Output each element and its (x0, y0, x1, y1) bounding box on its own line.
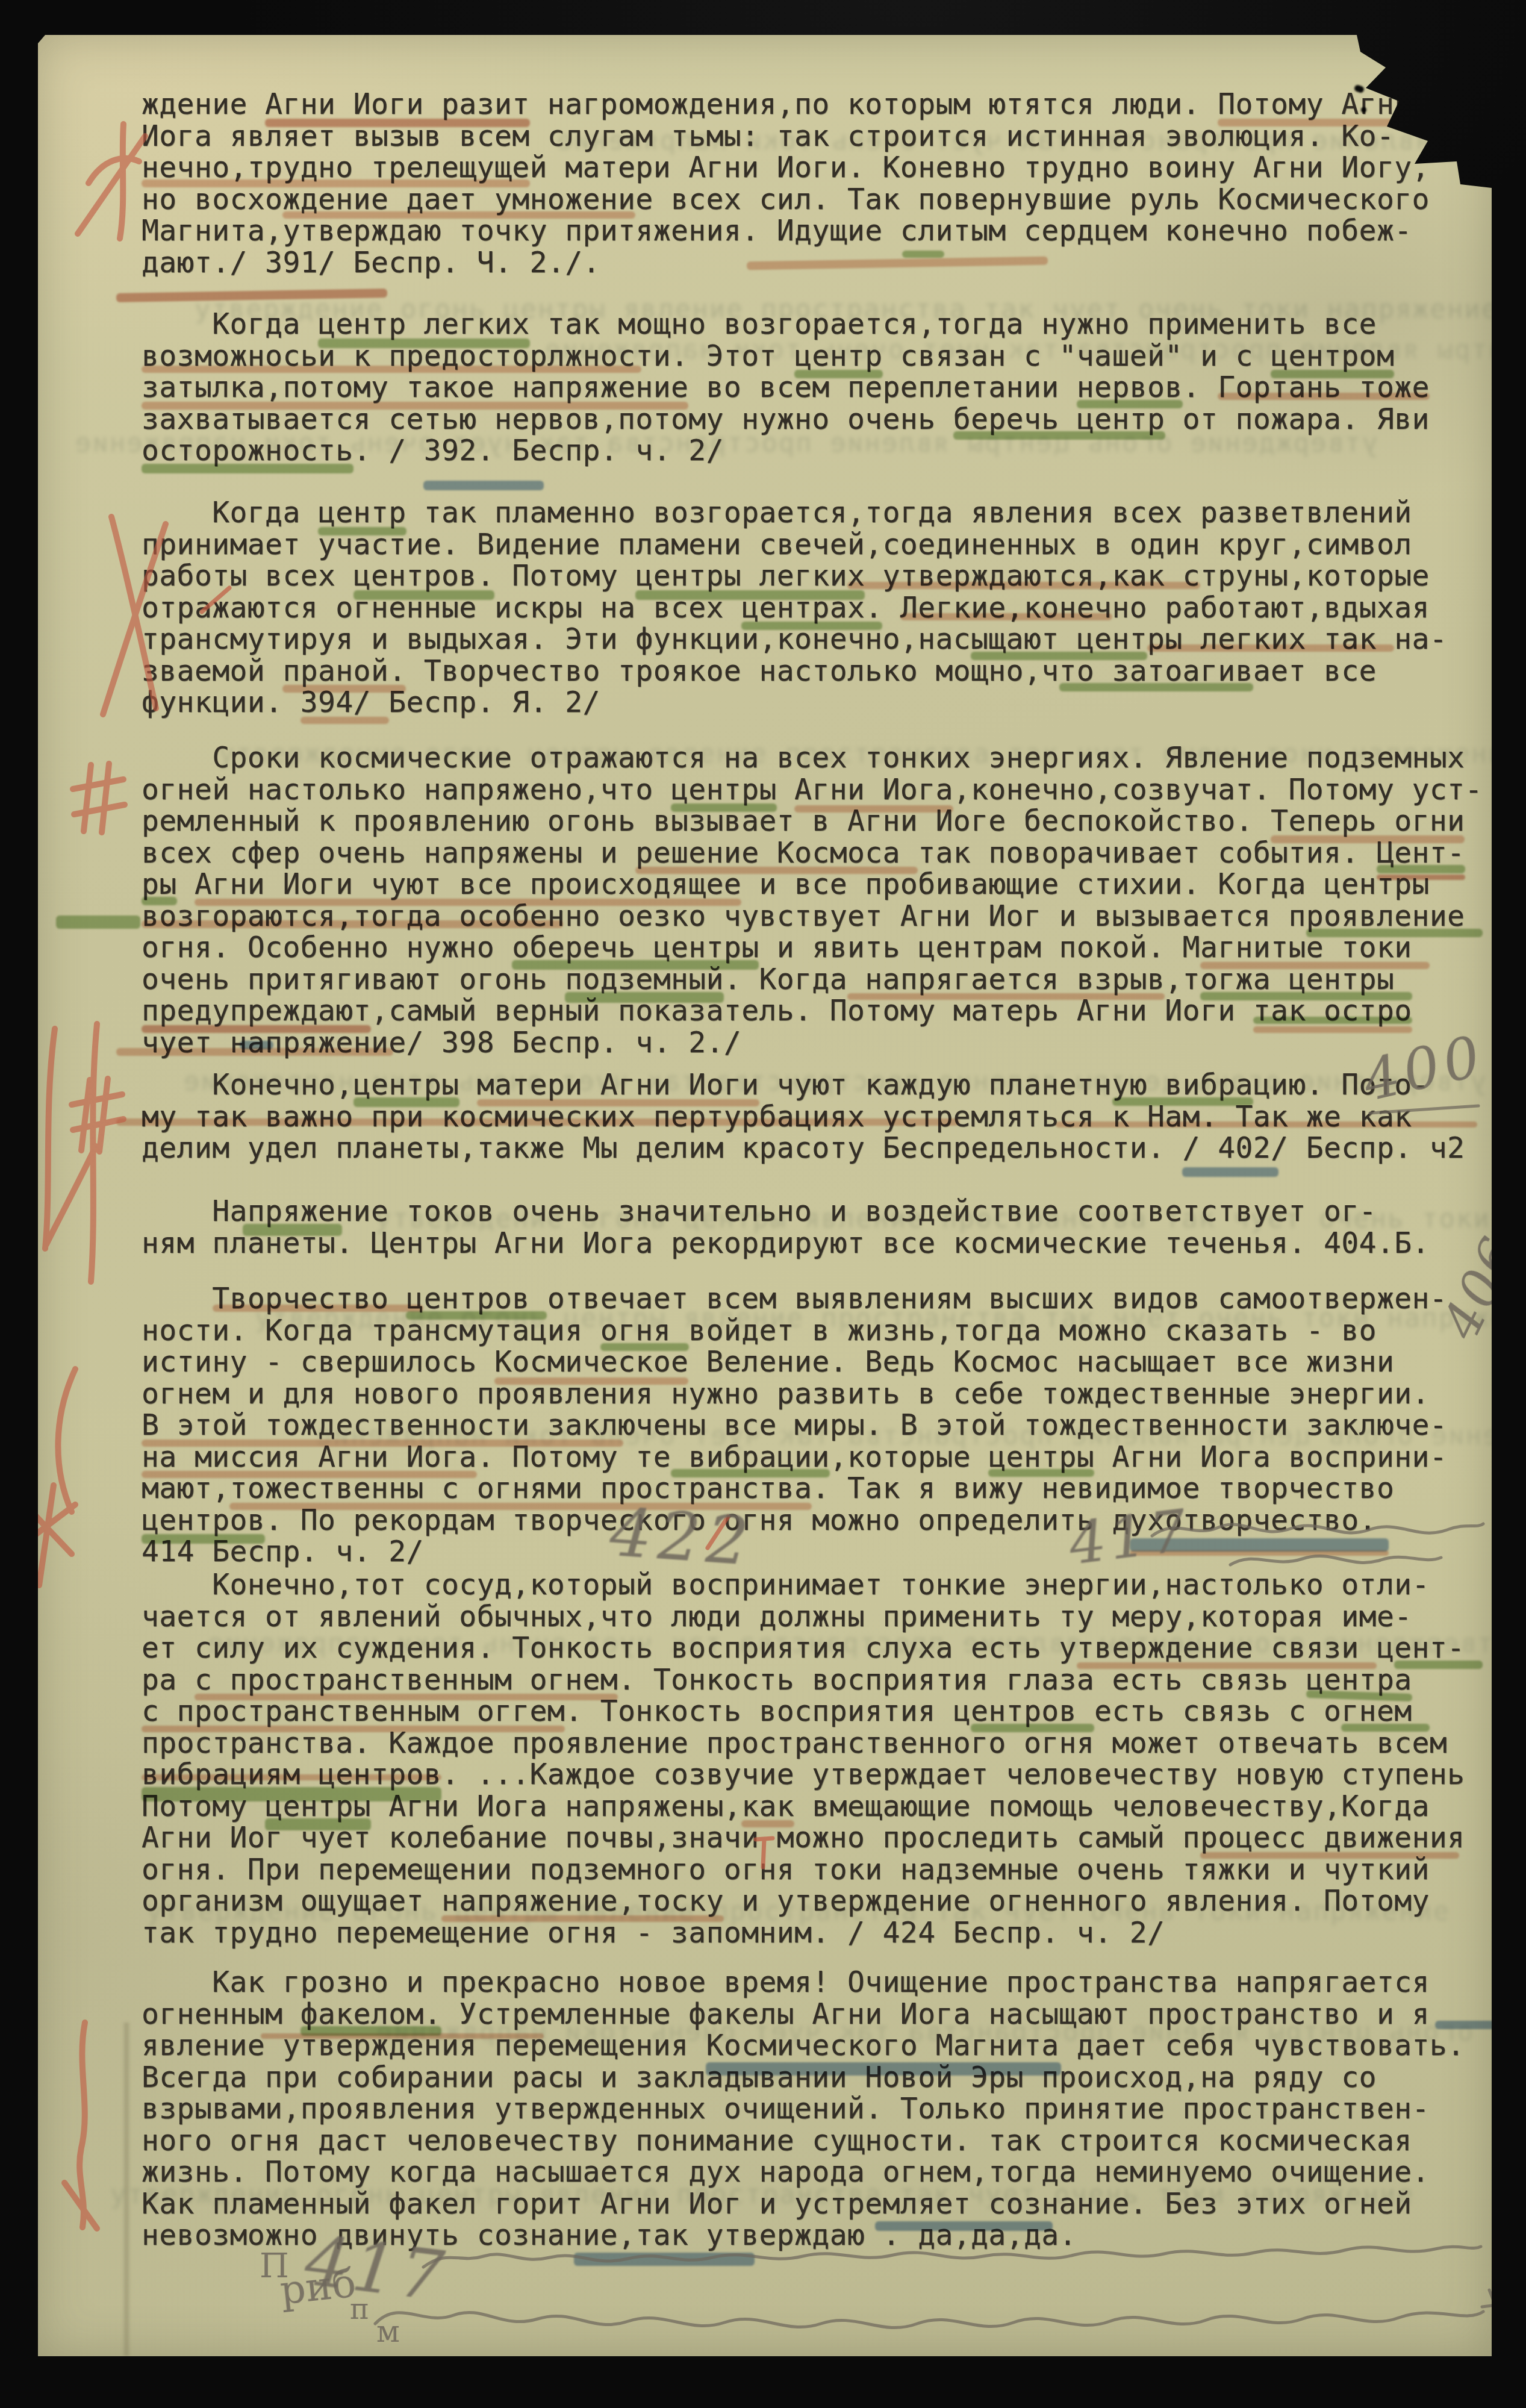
green-pencil-underline (406, 1311, 547, 1320)
salmon-pencil-underline (116, 1118, 959, 1126)
salmon-pencil-underline (142, 179, 530, 187)
green-pencil-underline (243, 1224, 342, 1236)
green-pencil-underline (142, 1787, 441, 1801)
salmon-pencil-underline (1056, 1121, 1477, 1128)
salmon-pencil-underline (195, 899, 741, 906)
salmon-pencil-underline (900, 613, 1112, 620)
red-pencil-underline (142, 1025, 371, 1033)
green-pencil-underline (971, 652, 1147, 660)
blue-pencil-underline (1182, 1167, 1278, 1177)
green-pencil-underline (902, 251, 944, 258)
salmon-pencil-underline (261, 2033, 544, 2039)
green-pencil-underline (953, 431, 1165, 440)
red-pencil-underline (1377, 875, 1465, 880)
red-pencil-underline (265, 119, 530, 127)
salmon-pencil-underline (1200, 962, 1430, 969)
green-pencil-underline (1306, 929, 1483, 937)
salmon-pencil-underline (142, 1471, 477, 1478)
typed-paragraph-402: Конечно,центры матери Агни Иоги чуют каж… (142, 1069, 1465, 1164)
salmon-pencil-underline (142, 1726, 565, 1732)
salmon-pencil-underline (494, 1377, 688, 1385)
green-pencil-underline (318, 338, 530, 348)
green-pencil-underline (741, 622, 882, 630)
salmon-pencil-underline (282, 211, 635, 219)
scan-page: 400 406 422 417 417 П риб п м (0, 0, 1526, 2408)
green-pencil-underline (1112, 1097, 1253, 1106)
green-pencil-underline (565, 992, 724, 1003)
salmon-pencil-underline (847, 993, 1165, 1000)
salmon-pencil-underline (142, 1439, 623, 1447)
green-pencil-underline (265, 1818, 371, 1830)
salmon-pencil-underline (1218, 393, 1430, 400)
green-pencil-underline (353, 590, 494, 600)
blue-pencil-underline (574, 2253, 755, 2266)
paper-hole (1361, 107, 1366, 113)
salmon-pencil-underline (1218, 119, 1412, 126)
salmon-pencil-underline (1253, 1026, 1412, 1033)
margin-letters-rib: риб (278, 2260, 358, 2314)
salmon-pencil-underline (741, 1820, 794, 1827)
salmon-pencil-underline (477, 1099, 759, 1106)
green-pencil-underline (1377, 865, 1465, 873)
salmon-pencil-underline (142, 920, 563, 928)
green-pencil-underline (1200, 992, 1412, 1000)
salmon-pencil-underline (213, 1305, 423, 1312)
green-pencil-underline (142, 464, 353, 473)
green-pencil-underline (988, 1469, 1094, 1477)
blue-pencil-underline (875, 2221, 1053, 2231)
salmon-pencil-underline (301, 717, 389, 724)
green-pencil-underline (56, 915, 140, 929)
green-pencil-underline (671, 803, 777, 812)
green-pencil-underline (1341, 1724, 1430, 1732)
salmon-pencil-underline (195, 1694, 618, 1700)
blue-pencil-underline (423, 481, 544, 490)
green-pencil-underline (971, 1724, 1094, 1732)
handwritten-note-422: 422 (608, 1494, 757, 1580)
green-pencil-underline (794, 370, 883, 378)
green-pencil-underline (353, 1097, 459, 1107)
salmon-pencil-underline (794, 805, 953, 813)
green-pencil-underline (318, 527, 406, 535)
green-pencil-underline (142, 1534, 265, 1544)
salmon-pencil-underline (1147, 644, 1394, 652)
salmon-pencil-underline (282, 685, 406, 693)
salmon-pencil-underline (1200, 1852, 1459, 1859)
typed-paragraph-414: Творчество центров отвечает всем выявлен… (142, 1283, 1447, 1568)
green-pencil-underline (1394, 1661, 1483, 1669)
margin-letter-p: п (350, 2292, 369, 2326)
salmon-pencil-underline (142, 366, 641, 373)
green-pencil-underline (1271, 370, 1394, 378)
paper: 400 406 422 417 417 П риб п м (38, 35, 1492, 2356)
green-pencil-underline (671, 1469, 830, 1477)
green-pencil-underline (600, 1343, 689, 1351)
salmon-pencil-underline (847, 582, 1200, 589)
salmon-pencil-underline (441, 1915, 724, 1922)
salmon-pencil-underline (1077, 1662, 1377, 1669)
margin-letter-m: м (376, 2314, 400, 2349)
green-pencil-underline (1077, 400, 1183, 408)
salmon-pencil-underline (142, 402, 688, 410)
typed-paragraph-392: Когда центр легких так мощно возгорается… (142, 308, 1430, 467)
green-pencil-underline (142, 897, 177, 905)
blue-pencil-underline (706, 2062, 1061, 2076)
typed-paragraph-final: Как грозно и прекрасно новое время! Очищ… (142, 1967, 1465, 2251)
green-pencil-underline (512, 960, 759, 970)
salmon-pencil-underline (635, 867, 918, 874)
typed-paragraph-424: Конечно,тот сосуд,который воспринимает т… (142, 1569, 1465, 1948)
green-pencil-underline (1253, 1017, 1412, 1024)
blue-pencil-underline (240, 1041, 273, 1049)
salmon-pencil-underline (142, 1774, 441, 1780)
salmon-pencil-underline (1271, 835, 1465, 843)
blue-pencil-underline (1435, 2021, 1522, 2029)
green-pencil-underline (1059, 683, 1253, 691)
green-pencil-underline (635, 590, 865, 600)
